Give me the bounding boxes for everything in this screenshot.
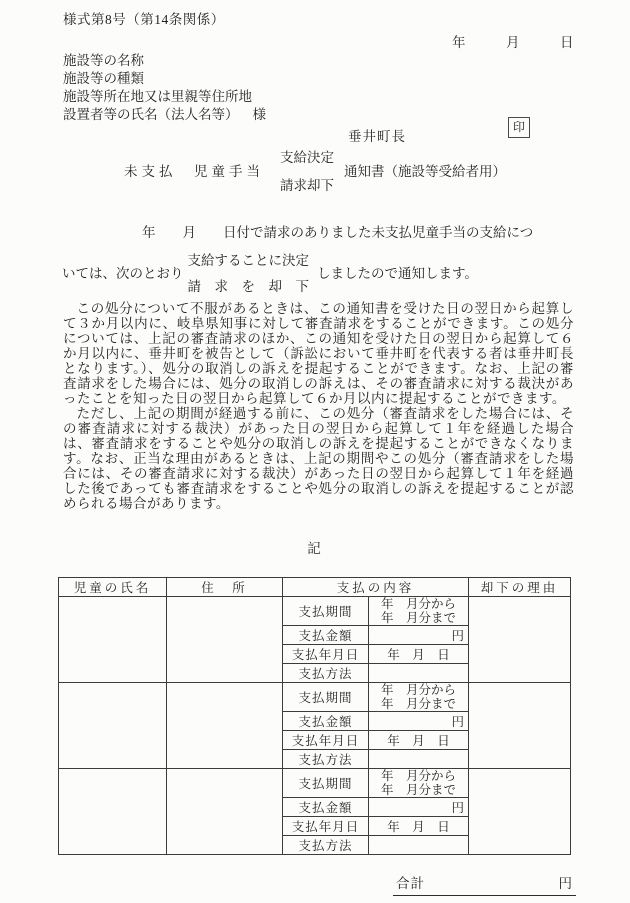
address-cell	[167, 597, 283, 683]
title-prefix: 未支払 児童手当	[124, 160, 264, 180]
form-number: 様式第8号（第14条関係）	[63, 8, 225, 28]
table-row: 支払期間 年 月分から 年 月分まで	[59, 683, 571, 712]
table-header-row: 児童の氏名 住 所 支払の内容 却下の理由	[59, 578, 571, 597]
appeal-paragraph-2: ただし、上記の期間が経過する前に、この処分（審査請求をした場合には、その審査請求…	[63, 406, 574, 511]
period-from: 年 月分から	[373, 683, 464, 697]
payment-period-label: 支払期間	[283, 769, 369, 798]
total-label: 合計	[396, 872, 425, 892]
decision-option-grant: 支給することに決定	[188, 249, 310, 269]
payment-period-value: 年 月分から 年 月分まで	[369, 597, 469, 626]
payment-date-label: 支払年月日	[283, 645, 369, 664]
payment-period-label: 支払期間	[283, 597, 369, 626]
document-title: 未支払 児童手当 支給決定 請求却下 通知書（施設等受給者用）	[0, 146, 630, 194]
field-facility-name: 施設等の名称	[63, 52, 266, 70]
period-from: 年 月分から	[373, 597, 464, 611]
payment-date-value: 年 月 日	[369, 645, 469, 664]
field-installer-name: 設置者等の氏名（法人名等）様	[63, 106, 266, 124]
payment-method-value	[369, 836, 469, 855]
payment-method-value	[369, 750, 469, 769]
title-option-reject: 請求却下	[280, 174, 334, 194]
payment-period-value: 年 月分から 年 月分まで	[369, 769, 469, 798]
seal-box: 印	[508, 117, 530, 138]
addressee-suffix: 様	[253, 107, 267, 122]
installer-name-label: 設置者等の氏名（法人名等）	[63, 107, 239, 122]
header-child-name: 児童の氏名	[59, 578, 167, 597]
payment-period-label: 支払期間	[283, 683, 369, 712]
field-facility-address: 施設等所在地又は里親等住所地	[63, 88, 266, 106]
intro-line-2: いては、次のとおり 支給することに決定 請 求 を 却 下 しましたので通知しま…	[62, 249, 478, 295]
payment-date-value: 年 月 日	[369, 817, 469, 836]
payment-amount-value: 円	[369, 712, 469, 731]
title-suffix: 通知書（施設等受給者用）	[344, 160, 506, 180]
table-row: 支払期間 年 月分から 年 月分まで	[59, 597, 571, 626]
payment-amount-label: 支払金額	[283, 712, 369, 731]
table-row: 支払期間 年 月分から 年 月分まで	[59, 769, 571, 798]
payment-amount-label: 支払金額	[283, 626, 369, 645]
period-from: 年 月分から	[373, 769, 464, 783]
payment-date-label: 支払年月日	[283, 817, 369, 836]
date-line: 年 月 日	[452, 31, 574, 51]
rejection-reason-cell	[469, 683, 571, 769]
decision-option-stack: 支給することに決定 請 求 を 却 下	[188, 249, 310, 295]
payment-amount-value: 円	[369, 626, 469, 645]
period-to: 年 月分まで	[373, 783, 464, 797]
payment-method-label: 支払方法	[283, 750, 369, 769]
payment-date-label: 支払年月日	[283, 731, 369, 750]
payment-method-label: 支払方法	[283, 836, 369, 855]
rejection-reason-cell	[469, 769, 571, 855]
child-name-cell	[59, 683, 167, 769]
intro-line-2-prefix: いては、次のとおり	[62, 262, 184, 282]
issuer-name: 垂井町長	[348, 125, 406, 145]
payment-date-value: 年 月 日	[369, 731, 469, 750]
total-line: 合計 円	[393, 872, 576, 896]
header-fields: 施設等の名称 施設等の種類 施設等所在地又は里親等住所地 設置者等の氏名（法人名…	[63, 52, 266, 124]
intro-line-2-suffix: しましたので通知します。	[317, 262, 478, 282]
payment-amount-label: 支払金額	[283, 798, 369, 817]
appeal-notice: この処分について不服があるときは、この通知書を受けた日の翌日から起算して３か月以…	[63, 301, 574, 511]
header-address: 住 所	[167, 578, 283, 597]
period-to: 年 月分まで	[373, 611, 464, 625]
header-rejection-reason: 却下の理由	[469, 578, 571, 597]
address-cell	[167, 769, 283, 855]
payment-method-value	[369, 664, 469, 683]
document-page: 様式第8号（第14条関係） 年 月 日 施設等の名称 施設等の種類 施設等所在地…	[0, 0, 630, 903]
title-option-stack: 支給決定 請求却下	[280, 146, 334, 194]
title-option-grant: 支給決定	[280, 146, 334, 166]
header-payment-content: 支払の内容	[283, 578, 469, 597]
intro-line-1: 年 月 日付で請求のありました未支払児童手当の支給につ	[142, 221, 533, 241]
payment-amount-value: 円	[369, 798, 469, 817]
ki-marker: 記	[0, 537, 630, 557]
decision-option-reject: 請 求 を 却 下	[188, 275, 310, 295]
address-cell	[167, 683, 283, 769]
rejection-reason-cell	[469, 597, 571, 683]
appeal-paragraph-1: この処分について不服があるときは、この通知書を受けた日の翌日から起算して３か月以…	[63, 301, 574, 406]
total-unit: 円	[559, 872, 574, 892]
field-facility-type: 施設等の種類	[63, 70, 266, 88]
child-name-cell	[59, 769, 167, 855]
child-name-cell	[59, 597, 167, 683]
payment-period-value: 年 月分から 年 月分まで	[369, 683, 469, 712]
period-to: 年 月分まで	[373, 697, 464, 711]
payment-detail-table: 児童の氏名 住 所 支払の内容 却下の理由 支払期間 年 月分から 年 月分まで…	[58, 577, 571, 855]
payment-method-label: 支払方法	[283, 664, 369, 683]
